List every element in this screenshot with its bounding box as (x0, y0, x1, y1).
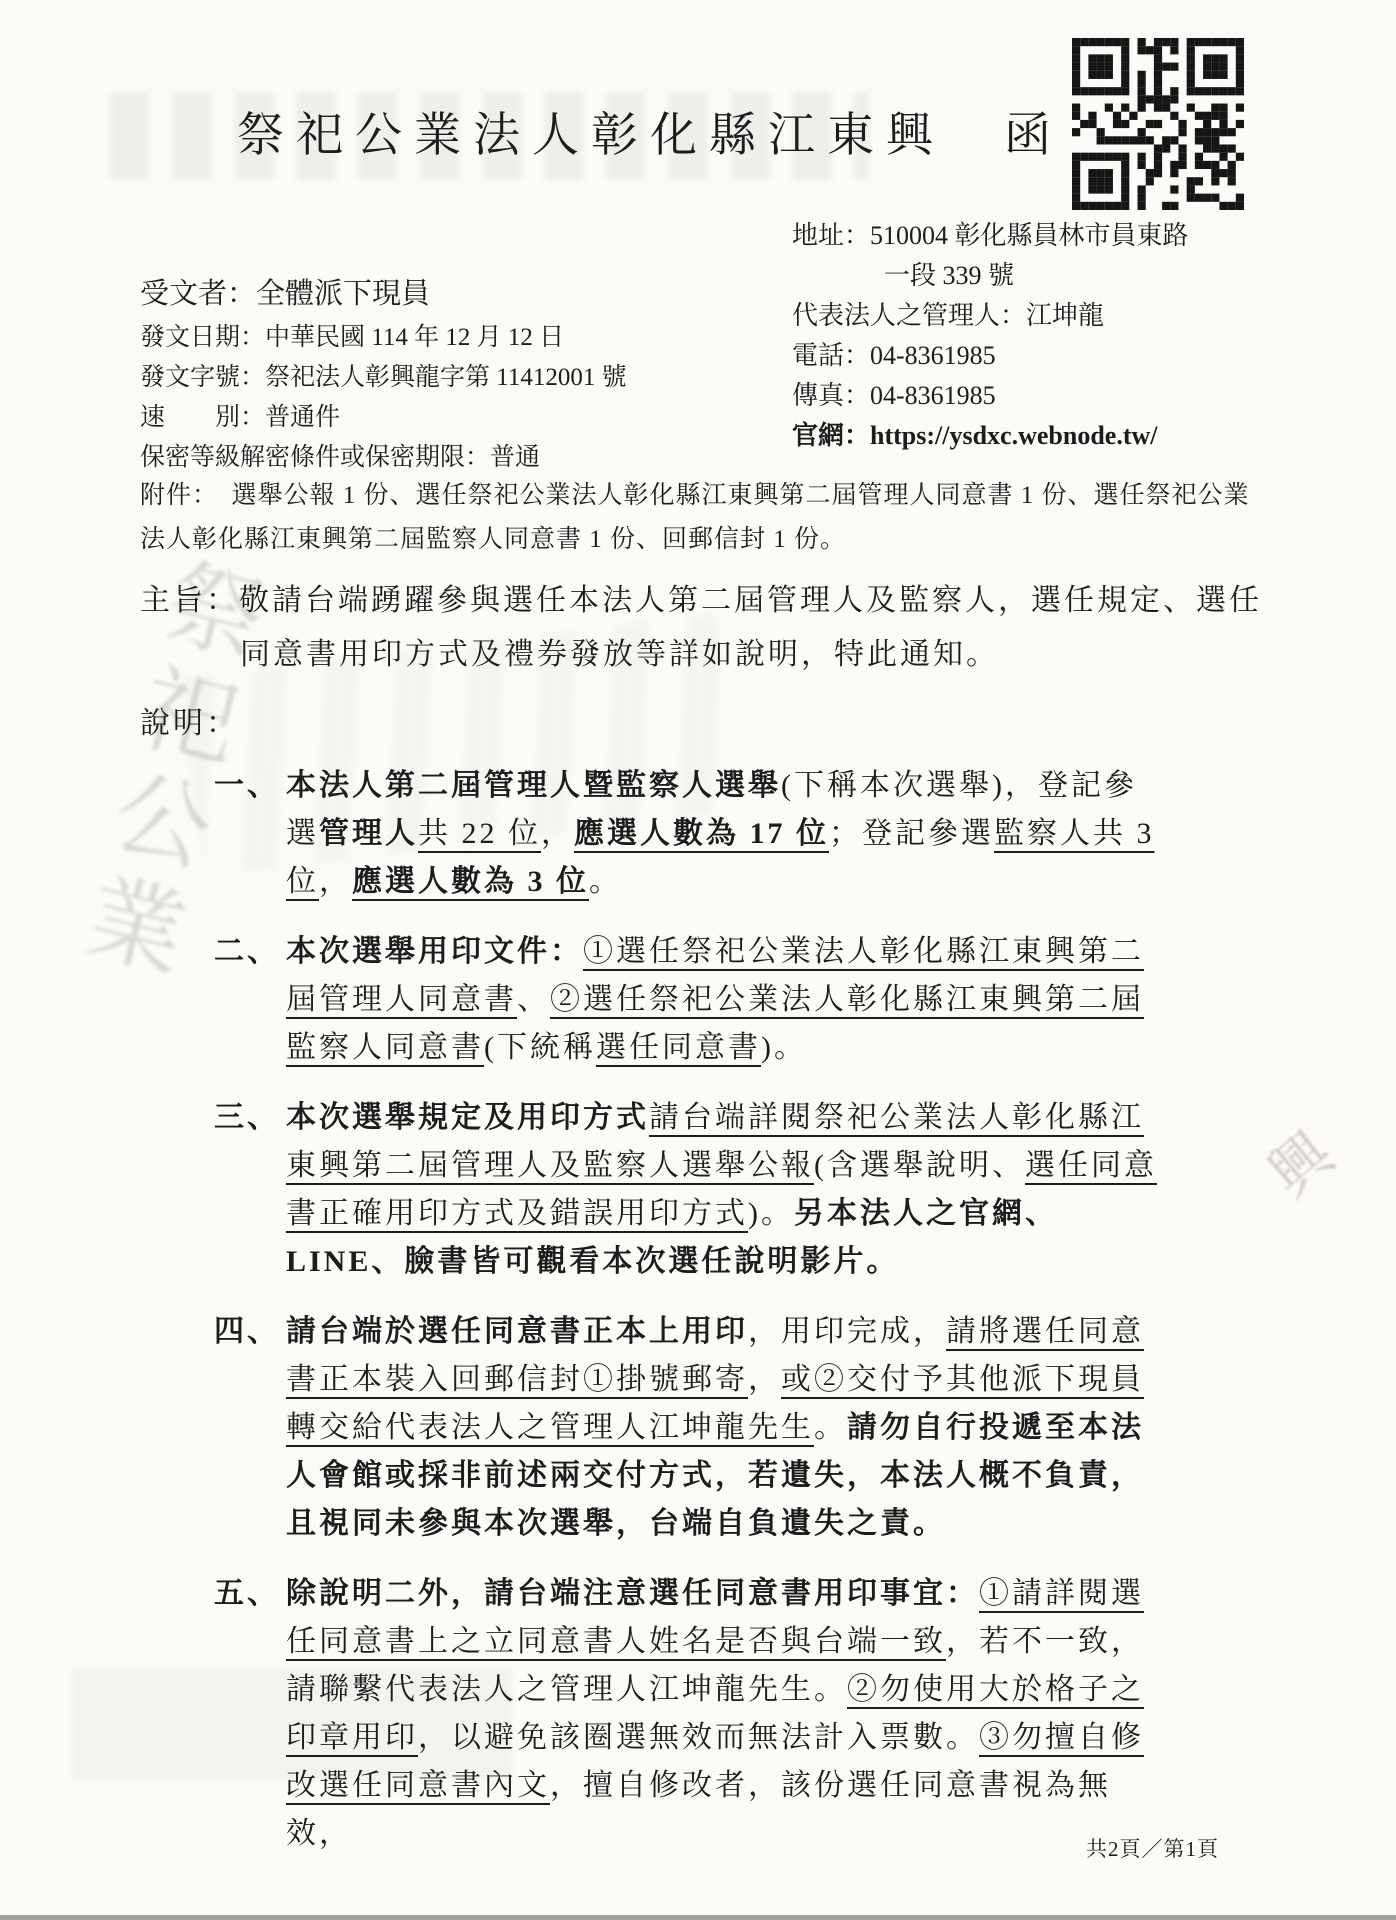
explanation-item-3: 三、本次選舉規定及用印方式請台端詳閱祭祀公業法人彰化縣江東興第二屆管理人及監察人… (140, 1094, 1262, 1286)
subject-label: 主旨： (140, 584, 239, 617)
item-number: 二、 (214, 928, 286, 1072)
sender-fax: 傳真：04-8361985 (792, 376, 1189, 416)
item-text: 除說明二外，請台端注意選任同意書用印事宜：①請詳閱選任同意書上之立同意書人姓名是… (286, 1570, 1168, 1858)
recipient-line: 受文者：全體派下現員 (140, 272, 627, 316)
sender-info-block: 地址：510004 彰化縣員林市員東路 一段 339 號 代表法人之管理人：江坤… (792, 216, 1189, 456)
explanation-item-5: 五、除說明二外，請台端注意選任同意書用印事宜：①請詳閱選任同意書上之立同意書人姓… (140, 1570, 1262, 1858)
item-text: 本次選舉規定及用印方式請台端詳閱祭祀公業法人彰化縣江東興第二屆管理人及監察人選舉… (286, 1094, 1168, 1286)
item-text: 本法人第二屆管理人暨監察人選舉(下稱本次選舉)，登記參選管理人共 22 位，應選… (286, 762, 1168, 906)
item-number: 四、 (214, 1308, 286, 1548)
page-number: 共2頁／第1頁 (1086, 1833, 1219, 1863)
subject-line: 主旨：敬請台端踴躍參與選任本法人第二屆管理人及監察人，選任規定、選任同意書用印方… (140, 574, 1262, 682)
security-line: 保密等級解密條件或保密期限：普通 (140, 438, 627, 478)
item-number: 一、 (214, 762, 286, 906)
document-fields: 受文者：全體派下現員 發文日期：中華民國 114 年 12 月 12 日 發文字… (140, 272, 627, 478)
attachments-line: 附件： 選舉公報 1 份、選任祭祀公業法人彰化縣江東興第二屆管理人同意書 1 份… (140, 474, 1262, 562)
document-body: 附件： 選舉公報 1 份、選任祭祀公業法人彰化縣江東興第二屆管理人同意書 1 份… (140, 474, 1262, 1880)
subject-text: 敬請台端踴躍參與選任本法人第二屆管理人及監察人，選任規定、選任同意書用印方式及禮… (239, 584, 1262, 671)
scanner-edge-artifact (0, 1915, 1396, 1920)
explanation-item-1: 一、本法人第二屆管理人暨監察人選舉(下稱本次選舉)，登記參選管理人共 22 位，… (140, 762, 1262, 906)
sender-address-line2: 一段 339 號 (792, 256, 1189, 296)
qr-code-icon (1072, 38, 1244, 210)
sender-address-line1: 地址：510004 彰化縣員林市員東路 (792, 216, 1189, 256)
issue-date-line: 發文日期：中華民國 114 年 12 月 12 日 (140, 318, 627, 358)
speed-class-line: 速 別：普通件 (140, 398, 627, 438)
scanned-letter-page: 祭祀公業 興 祭祀公業法人彰化縣江東興 函 地址：510004 彰化縣員林市員東… (0, 0, 1396, 1920)
item-text: 本次選舉用印文件：①選任祭祀公業法人彰化縣江東興第二屆管理人同意書、②選任祭祀公… (286, 928, 1168, 1072)
bleedthrough-glyph: 興 (1247, 1109, 1348, 1213)
item-number: 五、 (214, 1570, 286, 1858)
explanation-item-2: 二、本次選舉用印文件：①選任祭祀公業法人彰化縣江東興第二屆管理人同意書、②選任祭… (140, 928, 1262, 1072)
sender-phone: 電話：04-8361985 (792, 336, 1189, 376)
explanation-label: 說明： (140, 700, 1262, 748)
explanation-item-4: 四、請台端於選任同意書正本上用印，用印完成，請將選任同意書正本裝入回郵信封①掛號… (140, 1308, 1262, 1548)
sender-manager: 代表法人之管理人：江坤龍 (792, 296, 1189, 336)
sender-website: 官網：https://ysdxc.webnode.tw/ (792, 416, 1189, 456)
item-text: 請台端於選任同意書正本上用印，用印完成，請將選任同意書正本裝入回郵信封①掛號郵寄… (286, 1308, 1168, 1548)
doc-number-line: 發文字號：祭祀法人彰興龍字第 11412001 號 (140, 358, 627, 398)
explanation-items: 一、本法人第二屆管理人暨監察人選舉(下稱本次選舉)，登記參選管理人共 22 位，… (140, 762, 1262, 1858)
item-number: 三、 (214, 1094, 286, 1286)
document-title: 祭祀公業法人彰化縣江東興 函 (170, 98, 1130, 165)
